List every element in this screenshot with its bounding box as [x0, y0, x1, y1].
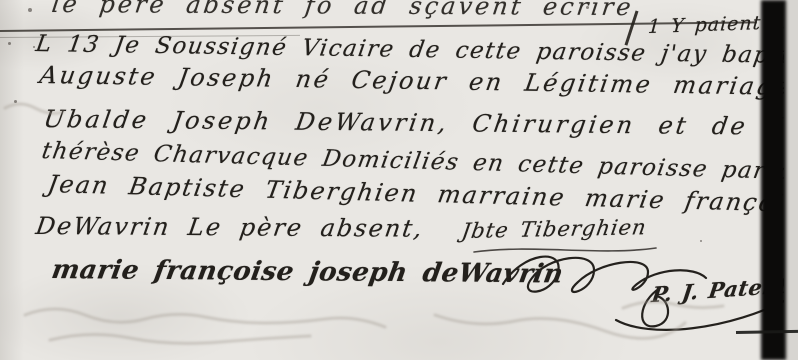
ink-spot	[586, 6, 589, 9]
witness-underline	[470, 242, 660, 258]
act-line-6: DeWavrin Le père absent,	[34, 212, 426, 243]
signature-witness: Jbte Tiberghien	[460, 215, 648, 243]
page-edge-strip	[784, 0, 798, 360]
ink-spot	[28, 8, 32, 12]
scanned-register-page: le pere absent fo ad sçavent écrire 1 Y …	[0, 0, 798, 360]
ink-spot	[33, 46, 35, 48]
act-line-3: Ubalde Joseph DeWavrin, Chirurgien et de…	[42, 105, 798, 142]
signature-godmother: marie françoise joseph deWavrin	[49, 255, 565, 289]
ink-spot	[14, 100, 17, 103]
binding-shadow-band	[761, 0, 786, 360]
entry-separator-rule	[0, 21, 757, 32]
ink-spot	[8, 42, 11, 45]
bleedthrough-squiggle-bottom-left	[20, 295, 450, 355]
bleedthrough-squiggle-bottom-mid	[430, 300, 690, 355]
ink-spot	[700, 240, 702, 242]
top-marginal-line: le pere absent fo ad sçavent écrire	[50, 0, 635, 21]
